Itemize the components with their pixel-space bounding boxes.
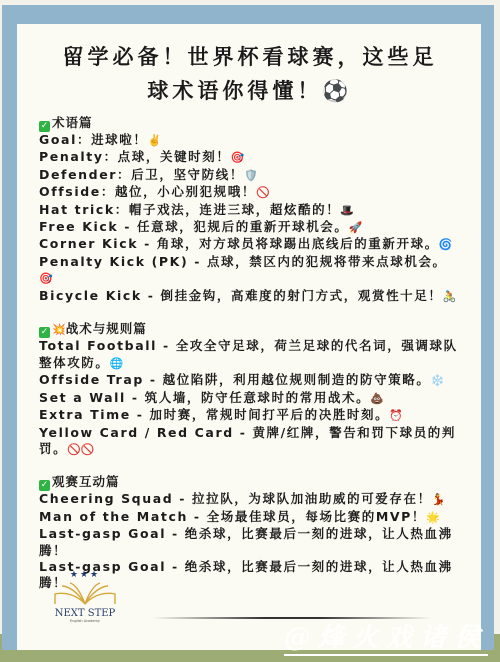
list-item: Defender：后卫，坚守防线！🛡️ [39, 167, 459, 184]
list-item: Penalty Kick (PK) - 点球，禁区内的犯规将带来点球机会。🎯 [39, 254, 459, 288]
page-title: 留学必备！世界杯看球赛，这些足 球术语你得懂！⚽ [0, 40, 500, 108]
top-hat-icon: 🎩 [340, 204, 354, 217]
next-step-logo: ★★★ NEXT STEP English Academy [52, 570, 118, 623]
list-item: Offside：越位，小心别犯规哦！🚫 [39, 184, 459, 201]
section-heading-watching: ✓观赛互动篇 [39, 474, 459, 491]
list-item: Penalty：点球，关键时刻！🎯 [39, 149, 459, 166]
star-icon: 🌟 [426, 511, 440, 524]
target-icon: 🎯 [39, 272, 53, 285]
target-icon: 🎯 [230, 151, 244, 164]
title-line-2: 球术语你得懂！⚽ [0, 74, 500, 108]
list-item: Hat trick：帽子戏法，连进三球，超炫酷的！🎩 [39, 202, 459, 219]
prohibited-icon: 🚫 [256, 186, 270, 199]
wall-icon: 💩 [370, 392, 384, 405]
title-line-1: 留学必备！世界杯看球赛，这些足 [0, 40, 500, 74]
stars-icon: ★★★ [52, 570, 118, 580]
list-item: Yellow Card / Red Card - 黄牌/红牌，警告和罚下球员的判… [39, 425, 459, 459]
watermark: @烽火戏诸侯 [284, 622, 488, 656]
open-book-icon [52, 580, 118, 606]
check-icon: ✓ [39, 327, 50, 338]
section-heading-terms: ✓术语篇 [39, 115, 459, 132]
list-item: Extra Time - 加时赛，常规时间打平后的决胜时刻。⏰ [39, 407, 459, 424]
check-icon: ✓ [39, 480, 50, 491]
victory-hand-icon: ✌️ [147, 134, 161, 147]
collision-icon: 💥 [52, 323, 66, 336]
globe-icon: 🌐 [110, 357, 124, 370]
snowflake-icon: ❄️ [431, 374, 445, 387]
section-heading-tactics: ✓💥战术与规则篇 [39, 321, 459, 338]
list-item: Last-gasp Goal - 绝杀球，比赛最后一刻的进球，让人热血沸腾！ [39, 526, 459, 559]
list-item: Free Kick - 任意球，犯规后的重新开球机会。🚀 [39, 219, 459, 236]
check-icon: ✓ [39, 121, 50, 132]
list-item: Offside Trap - 越位陷阱，利用越位规则制造的防守策略。❄️ [39, 372, 459, 389]
divider [152, 617, 432, 619]
list-item: Corner Kick - 角球，对方球员将球踢出底线后的重新开球。🌀 [39, 236, 459, 253]
dancer-icon: 💃 [432, 493, 446, 506]
alarm-clock-icon: ⏰ [389, 409, 403, 422]
list-item: Cheering Squad - 拉拉队，为球队加油助威的可爱存在！💃 [39, 491, 459, 508]
prohibited-icon: 🚫🚫 [67, 443, 94, 456]
cyclone-icon: 🌀 [439, 238, 453, 251]
logo-name: NEXT STEP [52, 608, 118, 619]
cyclist-icon: 🚴 [442, 290, 456, 303]
shield-icon: 🛡️ [244, 169, 258, 182]
list-item: Goal：进球啦！✌️ [39, 132, 459, 149]
content: ✓术语篇 Goal：进球啦！✌️ Penalty：点球，关键时刻！🎯 Defen… [39, 115, 459, 592]
list-item: Set a Wall - 筑人墙，防守任意球时的常用战术。💩 [39, 390, 459, 407]
list-item: Total Football - 全攻全守足球，荷兰足球的代名词，强调球队整体攻… [39, 338, 459, 372]
list-item: Man of the Match - 全场最佳球员，每场比赛的MVP！🌟 [39, 509, 459, 526]
logo-subtitle: English Academy [52, 619, 118, 623]
rocket-icon: 🚀 [349, 221, 363, 234]
list-item: Bicycle Kick - 倒挂金钩，高难度的射门方式，观赏性十足！🚴 [39, 288, 459, 305]
